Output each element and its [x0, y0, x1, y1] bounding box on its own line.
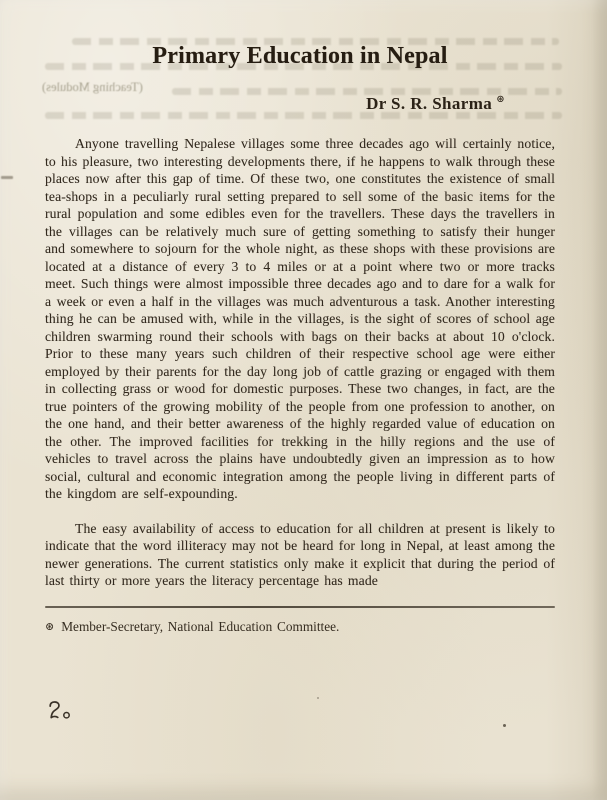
paragraph: Anyone travelling Nepalese villages some…	[45, 135, 555, 503]
ink-speck	[503, 724, 506, 727]
author-name: Dr S. R. Sharma	[366, 94, 492, 113]
paragraph: The easy availability of access to educa…	[45, 520, 555, 590]
author-byline: Dr S. R. Sharma⊛	[45, 94, 555, 114]
article-body: Anyone travelling Nepalese villages some…	[45, 135, 555, 590]
author-footnote-marker: ⊛	[496, 94, 505, 105]
scan-edge-mark	[1, 176, 13, 179]
ink-speck	[317, 697, 319, 699]
article-title: Primary Education in Nepal	[45, 44, 555, 68]
footnote-text: Member-Secretary, National Education Com…	[61, 619, 339, 634]
footnote-marker: ⊛	[45, 621, 54, 633]
page-number-glyphs	[46, 700, 74, 722]
footnote: ⊛Member-Secretary, National Education Co…	[45, 619, 555, 635]
scanned-page: (Teaching Modules) Primary Education in …	[0, 0, 607, 800]
footnote-divider	[45, 606, 555, 608]
page-number: २०	[46, 700, 74, 722]
